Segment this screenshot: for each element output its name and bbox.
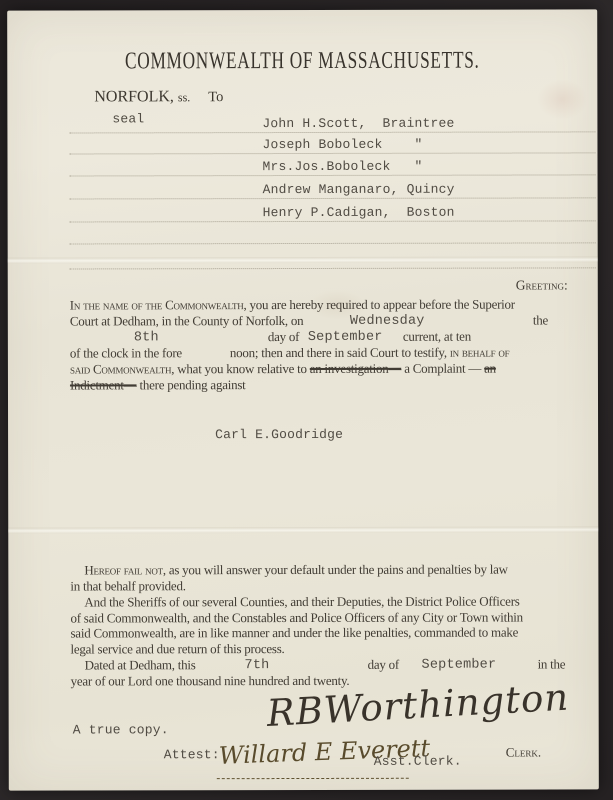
pending-against-text: there pending against (140, 377, 246, 392)
struck-an: an (484, 361, 496, 376)
forenoon-prefix: of the clock in the fore (70, 345, 182, 360)
closing-line-1-text: as you will answer your default under th… (169, 562, 508, 578)
fold-crease-lower (8, 526, 598, 533)
recipient-line: Joseph Boboleck " (69, 133, 595, 154)
dated-day-typed: 7th (231, 658, 270, 674)
asst-clerk-label: Asst.Clerk. (374, 754, 462, 769)
summons-line-2-text: Court at Dedham, in the County of Norfol… (70, 313, 304, 328)
dated-day-of-label: day of (354, 658, 399, 673)
summons-line-2: Court at Dedham, in the County of Norfol… (70, 313, 572, 329)
summons-line-4: of the clock in the fore noon; then and … (70, 345, 572, 361)
struck-an-investigation: an investigation— (310, 361, 401, 376)
recipient-line: Henry P.Cadigan, Boston (70, 199, 596, 222)
in-the-name-smallcaps: In the name of the Commonwealth, (70, 297, 247, 312)
greeting-label: Greeting: (516, 277, 568, 293)
summons-line-4-rest: noon; then and there in said Court to te… (230, 346, 509, 362)
to-label: To (208, 89, 223, 105)
current-at-ten-label: current, at ten (403, 330, 471, 345)
recipient-line: Andrew Manganaro, Quincy (70, 177, 596, 199)
recipient-line: John H.Scott, Braintree (69, 112, 595, 133)
date-typed: 8th (134, 330, 159, 346)
clerk-label: Clerk. (506, 745, 541, 761)
recipient-name: Henry P.Cadigan, Boston (70, 204, 455, 221)
summons-line-6: Indictment— there pending against (70, 377, 572, 393)
dated-month-typed: September (408, 658, 497, 674)
attest-label: Attest: (164, 747, 220, 762)
ss-abbrev: ss. (178, 90, 190, 104)
summons-line-1-text: you are hereby required to appear before… (249, 297, 514, 313)
dated-line: Dated at Dedham, this 7th day of Septemb… (71, 657, 573, 673)
said-commonwealth-smallcaps: said Commonwealth, (70, 361, 174, 376)
county-label: NORFOLK, (94, 88, 174, 105)
recipient-line: Mrs.Jos.Boboleck " (69, 155, 595, 176)
dated-at-dedham-text: Dated at Dedham, this (85, 657, 196, 672)
recipient-name: John H.Scott, Braintree (69, 115, 454, 132)
recipient-name: Mrs.Jos.Boboleck " (69, 158, 422, 175)
in-behalf-of-smallcaps: in behalf of (450, 345, 510, 360)
page-title: COMMONWEALTH OF MASSACHUSETTS. (90, 48, 515, 76)
true-copy-label: A true copy. (73, 722, 169, 737)
closing-line-3: And the Sheriffs of our several Counties… (70, 594, 572, 610)
month-typed: September (308, 330, 383, 346)
closing-line-5: said Commonwealth, are in like manner an… (70, 625, 572, 641)
closing-line-1: Hereof fail not, as you will answer your… (70, 562, 572, 578)
signature-underline (217, 778, 409, 779)
recipient-list: John H.Scott, Braintree Joseph Boboleck … (69, 9, 595, 10)
relative-to-text: what you know relative to (177, 361, 307, 376)
document-page: COMMONWEALTH OF MASSACHUSETTS. NORFOLK, … (7, 9, 599, 790)
hereof-fail-not-smallcaps: Hereof fail not, (84, 562, 166, 577)
recipient-line-empty (70, 245, 596, 269)
a-complaint-text: a Complaint — (404, 361, 481, 376)
struck-indictment: Indictment— (70, 377, 137, 392)
noon-testify-text: noon; then and there in said Court to te… (230, 345, 447, 360)
county-line: NORFOLK, ss. To (94, 88, 223, 106)
day-of-label: day of (268, 330, 299, 345)
recipient-name: Andrew Manganaro, Quincy (70, 181, 455, 198)
recipient-name: Joseph Boboleck " (69, 136, 422, 153)
day-of-week-typed: Wednesday (350, 314, 425, 330)
defendant-name: Carl E.Goodridge (215, 427, 343, 442)
the-label: the (533, 313, 548, 328)
recipient-line-empty (70, 221, 596, 244)
closing-line-6: legal service and due return of this pro… (71, 641, 573, 657)
summons-line-5: said Commonwealth, what you know relativ… (70, 361, 572, 377)
summons-line-1: In the name of the Commonwealth, you are… (70, 297, 572, 313)
in-the-label: in the (524, 657, 566, 672)
summons-line-3: 8th day of September current, at ten (70, 329, 572, 330)
closing-line-2: in that behalf provided. (70, 578, 572, 594)
